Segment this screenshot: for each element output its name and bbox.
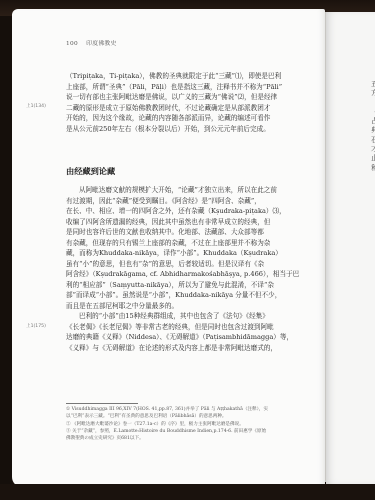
footnote-line: ② 《阿毗达磨大毗婆沙论》卷一（T27.1a-c）的《序》里，极力主张阿毗达磨是… (66, 421, 316, 428)
text-line: 收编了四阿含所遗漏的经典，因此其中虽然也有非常早成立的经典，但 (66, 217, 318, 228)
book-edge-shadow (0, 0, 12, 500)
text-line: 《义释》与《无碍解道》在论述的形式及内容上都是非常阿毗达磨式的， (66, 343, 318, 354)
text-line: 而且是在五部尼柯耶之中分量最多的。 (66, 301, 318, 312)
footnote-line: 佛教聖典の成立史研究》页681以下。 (66, 435, 316, 442)
margin-note: 上1(175) (26, 323, 46, 329)
footnote-line: ① Visuddhimagga III 96,XIV 7(HOS. 41,pp.… (66, 406, 316, 413)
text-line: 二藏的原形是成立于原始佛教教团时代，不过论藏确定是从部派教团才 (66, 103, 318, 114)
paragraph-intro: （Tripiṭaka，Ti-piṭaka），佛教的圣典就限定于此“三藏”⑴，即使… (66, 71, 318, 134)
footnote-rule (66, 403, 138, 404)
section-heading: 由经藏到论藏 (66, 166, 115, 177)
margin-note: 上1(134) (26, 103, 46, 109)
text-line: 开始的，因为这个缘故，论藏的内容随各部派而异，论藏的编述可看作 (66, 113, 318, 124)
text-line: 利的“相应部”（Saṃyutta-nikāya），所以为了避免与此混淆，不译“杂 (66, 280, 318, 291)
footnotes: ① Visuddhimagga III 96,XIV 7(HOS. 41,pp.… (66, 406, 316, 442)
book-gutter (325, 12, 326, 482)
text-line: 从阿毗达磨文献的规模扩大开始，“论藏”才独立出来，所以在此之前 (66, 185, 318, 196)
text-line: 巴利的“小部”由15种经典群组成，其中也包含了《法句》《经集》 (66, 311, 318, 322)
text-line: 虽有“小”的意思，但也有“杂”的意思，后者较适切。但是汉译有《杂 (66, 259, 318, 270)
text-line: 是从公元前250年左右（根本分裂以后）开始，到公元元年前后完成。 (66, 124, 318, 135)
running-header: 100 印度佛教史 (66, 38, 117, 47)
book-page-right (326, 12, 375, 484)
text-line: 是同时也容许后世的文献也收纳其中。化地部、法藏部、大众部等都 (66, 227, 318, 238)
text-line: 藏，而称为Khuddaka-nikāya，译作“小部”。Khuddaka（Kṣu… (66, 248, 318, 259)
text-line: 《长老偈》《长老尼偈》等非常古老的经典，但是同时也包含过渡到阿毗 (66, 322, 318, 333)
facing-page-text: 五 方 （ 《 占 典 石 才 止 和 (371, 80, 375, 173)
page-number: 100 (66, 41, 78, 47)
text-line: 达磨的典籍《义释》（Niddesa）、《无碍解道》（Paṭisambhidāma… (66, 332, 318, 343)
footnote-line: 以“巴利”表示三藏。“巴利”有圣典的意思及巴利语（Pālibhāsā）的意思两种… (66, 413, 316, 420)
text-line: 阿含经》（Kṣudrakāgama, cf. Abhidharmakośabhā… (66, 269, 318, 280)
bottom-shadow (0, 484, 375, 500)
text-line: 有杂藏，但现存的只有锡兰上座部的杂藏，不过在上座部里并不称为杂 (66, 238, 318, 249)
text-line: 部”而译成“小部”。虽然说是“小部”，Khuddaka-nikāya 分量不但不… (66, 290, 318, 301)
text-line: 有过渡期，因此“杂藏”便受到瞩目。《阿含经》是“四阿含、杂藏”， (66, 196, 318, 207)
running-title: 印度佛教史 (86, 41, 117, 47)
footnote-line: ③ 关于“杂藏”，参照，É.Lamotte:Histoire du Bouddh… (66, 428, 316, 435)
section-body: 从阿毗达磨文献的规模扩大开始，“论藏”才独立出来，所以在此之前 有过渡期，因此“… (66, 185, 318, 353)
text-line: 在长、中、相应、增一的四阿含之外，还有杂藏（Kṣudraka-piṭaka）⑶， (66, 206, 318, 217)
text-line: （Tripiṭaka，Ti-piṭaka），佛教的圣典就限定于此“三藏”⑴，即使… (66, 71, 318, 82)
text-line: 上座部，所谓“圣典”（Pāli，Pāḷi）也是指这三藏，注释书并不称为“Pāli… (66, 82, 318, 93)
text-line: 说一切有部也主张阿毗达磨是佛说，以广义的三藏为“佛说”⑵，但是经律 (66, 92, 318, 103)
